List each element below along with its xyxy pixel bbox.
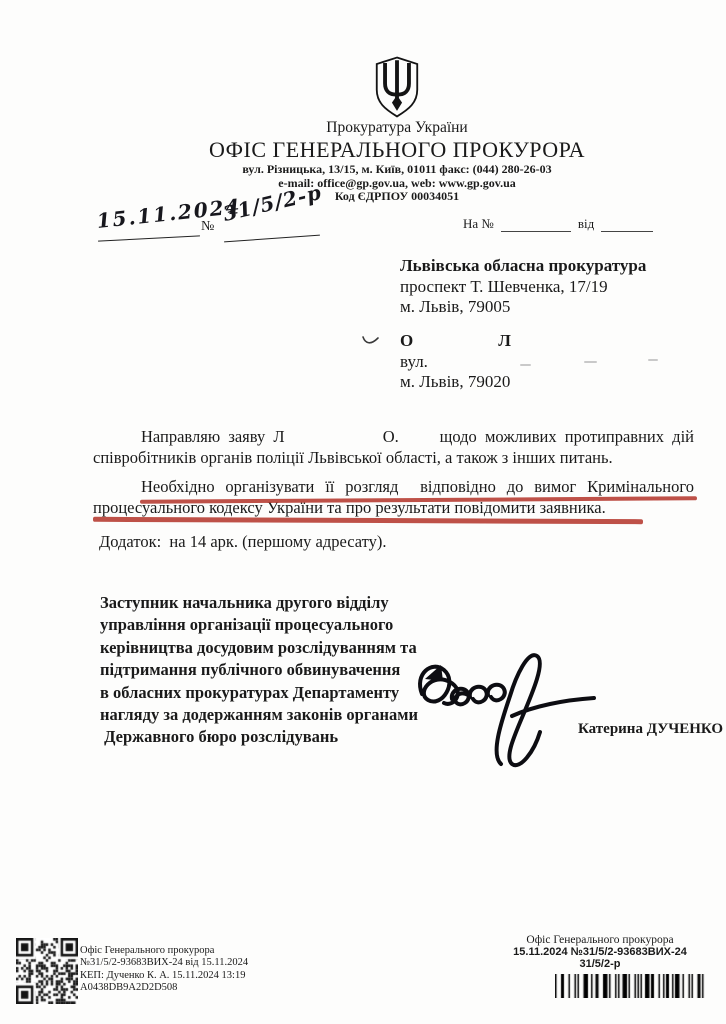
recipient-2-street: вул. (400, 352, 511, 373)
letter-body: Направляю заяву Л О. щодо можливих проти… (93, 426, 694, 519)
date-underline (98, 235, 200, 241)
esign-stamp-kep: КЕП: Дученко К. А. 15.11.2024 13:19 (80, 970, 248, 982)
reply-from-label: від (578, 216, 594, 232)
signer-name: Катерина ДУЧЕНКО (578, 721, 723, 738)
registration-stamp-org: Офіс Генерального прокурора (480, 934, 720, 946)
body-line-2: співробітників органів поліції Львівсько… (93, 447, 694, 468)
recipient-2-city: м. Львів, 79020 (400, 372, 511, 393)
esign-stamp-number: №31/5/2-93683ВИХ-24 від 15.11.2024 (80, 957, 248, 969)
number-sign-label: № (201, 219, 214, 235)
redaction-smudge (520, 364, 531, 366)
registration-stamp-block: Офіс Генерального прокурора 15.11.2024 №… (480, 934, 720, 970)
recipient-block-1: Львівська обласна прокуратура проспект Т… (400, 256, 646, 318)
reply-label: На № (463, 216, 494, 232)
recipient-block-2: О Л вул. м. Львів, 79020 (400, 331, 511, 393)
signer-position-line: управління організації процесуального (100, 614, 520, 636)
signer-position-line: Заступник начальника другого відділу (100, 592, 520, 614)
attachment-line: Додаток: на 14 арк. (першому адресату). (99, 532, 387, 552)
body-line-3: Необхідно організувати її розгляд відпов… (93, 476, 694, 497)
recipient-2-name: О Л (400, 331, 511, 352)
reply-number-blank (501, 217, 571, 232)
esign-stamp-block: Офіс Генерального прокурора №31/5/2-9368… (80, 945, 248, 994)
org-name-small: Прокуратура України (97, 119, 697, 137)
reply-reference-line: На № від (463, 216, 653, 232)
recipient-1-street: проспект Т. Шевченка, 17/19 (400, 277, 646, 298)
redaction-smudge (648, 359, 658, 361)
reply-date-blank (601, 217, 653, 232)
checkmark-icon (361, 334, 381, 347)
org-name-main: ОФІС ГЕНЕРАЛЬНОГО ПРОКУРОРА (97, 137, 697, 163)
recipient-1-city: м. Львів, 79005 (400, 297, 646, 318)
body-line-1: Направляю заяву Л О. щодо можливих проти… (93, 426, 694, 447)
registration-stamp-number: 15.11.2024 №31/5/2-93683ВИХ-24 (480, 946, 720, 958)
redaction-smudge (584, 361, 597, 363)
barcode (555, 974, 705, 998)
scanned-letter-page: Прокуратура України ОФІС ГЕНЕРАЛЬНОГО ПР… (0, 0, 726, 1024)
org-address-line: вул. Різницька, 13/15, м. Київ, 01011 фа… (97, 162, 697, 177)
registration-stamp-index: 31/5/2-р (480, 958, 720, 970)
esign-stamp-hash: A0438DB9A2D2D508 (80, 982, 248, 994)
recipient-1-name: Львівська обласна прокуратура (400, 256, 646, 277)
trident-emblem-icon (374, 56, 420, 118)
signature-scribble (408, 636, 598, 776)
number-underline (224, 235, 320, 243)
qr-code (16, 938, 78, 1004)
esign-stamp-org: Офіс Генерального прокурора (80, 945, 248, 957)
